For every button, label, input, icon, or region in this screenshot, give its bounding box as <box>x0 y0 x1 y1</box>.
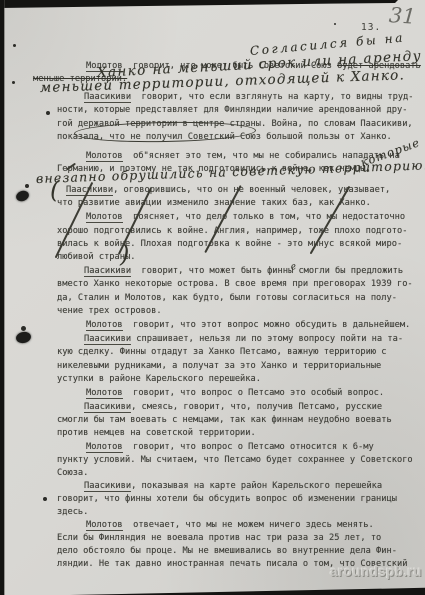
paper-speck <box>25 184 29 188</box>
typed-line: Паасикиви спрашивает, нельзя ли по этому… <box>84 334 403 345</box>
punch-hole <box>15 331 32 345</box>
paper-speck <box>13 44 16 47</box>
typed-line: Паасикиви, показывая на карте район Каре… <box>84 481 382 492</box>
scanned-document-page: 31 13. Молотов говорит, что может быть С… <box>0 0 425 595</box>
typed-line: ности, которые представляет для Финлянди… <box>57 105 407 116</box>
typed-line: Молотов говорит, что вопрос о Петсамо эт… <box>86 388 384 399</box>
typed-line: Если бы Финляндия не воевала против нас … <box>57 533 381 544</box>
typed-line: что развитие авиации изменило значение т… <box>57 198 371 209</box>
typed-line: кую сделку. Финны отдадут за Ханко Петса… <box>57 347 387 358</box>
typed-line: хорошо подготовились к войне. Англия, на… <box>57 226 407 237</box>
typed-line: Паасикиви говорит, что если взглянуть на… <box>84 92 414 103</box>
typed-line: против немцев на советской территории. <box>57 428 256 439</box>
paper-speck <box>43 497 47 501</box>
typed-line: Молотов говорит, что этот вопрос можно о… <box>86 320 410 331</box>
paper-speck <box>334 23 336 25</box>
typed-line: Паасикиви, оговорившись, что он не военн… <box>66 185 390 196</box>
typed-line: никелевыми рудниками, а получат за это Х… <box>57 361 381 372</box>
typed-line: пункту условий. Мы считаем, что Петсамо … <box>57 455 413 466</box>
typed-line: говорит, что финны хотели бы обсудить во… <box>57 494 397 505</box>
typed-line: дело обстояло бы проце. Мы не вмешивалис… <box>57 546 397 557</box>
typed-line: чение трех островов. <box>57 306 162 317</box>
hw-insert-letter-e: е <box>290 262 298 273</box>
paper-speck <box>46 111 50 115</box>
paper-speck <box>12 81 15 84</box>
handwritten-corner-number: 31 <box>388 3 416 29</box>
typed-line: Паасикиви говорит, что может быть финны … <box>84 266 403 277</box>
punch-hole <box>15 189 31 203</box>
typed-line: да, Сталин и Молотов, как будто, были го… <box>57 293 397 304</box>
hand-paren-open: ( <box>50 176 59 204</box>
typed-line: смогли бы там воевать с немцами, так как… <box>57 415 392 426</box>
typed-line: Союза. <box>57 468 88 479</box>
watermark: aroundspb.ru <box>330 564 422 579</box>
page-number: 13. <box>361 22 381 33</box>
typed-line: уступки в районе Карельского перешейка. <box>57 374 261 385</box>
typed-line: Молотов отвечает, что мы не можем ничего… <box>86 520 374 531</box>
scan-edge-top <box>0 0 425 8</box>
scan-edge-bottom <box>0 583 425 595</box>
typed-line: вилась к войне. Плохая подготовка к войн… <box>57 239 402 250</box>
typed-line: здесь. <box>57 507 88 518</box>
paper-speck <box>21 326 26 331</box>
scan-edge-left <box>0 0 4 595</box>
typed-line: Паасикиви, смеясь, говорит, что, получив… <box>84 402 382 413</box>
typed-line: вместо Ханко некоторые острова. В свое в… <box>57 279 413 290</box>
typed-line: Молотов говорит, что вопрос о Петсамо от… <box>86 442 374 453</box>
